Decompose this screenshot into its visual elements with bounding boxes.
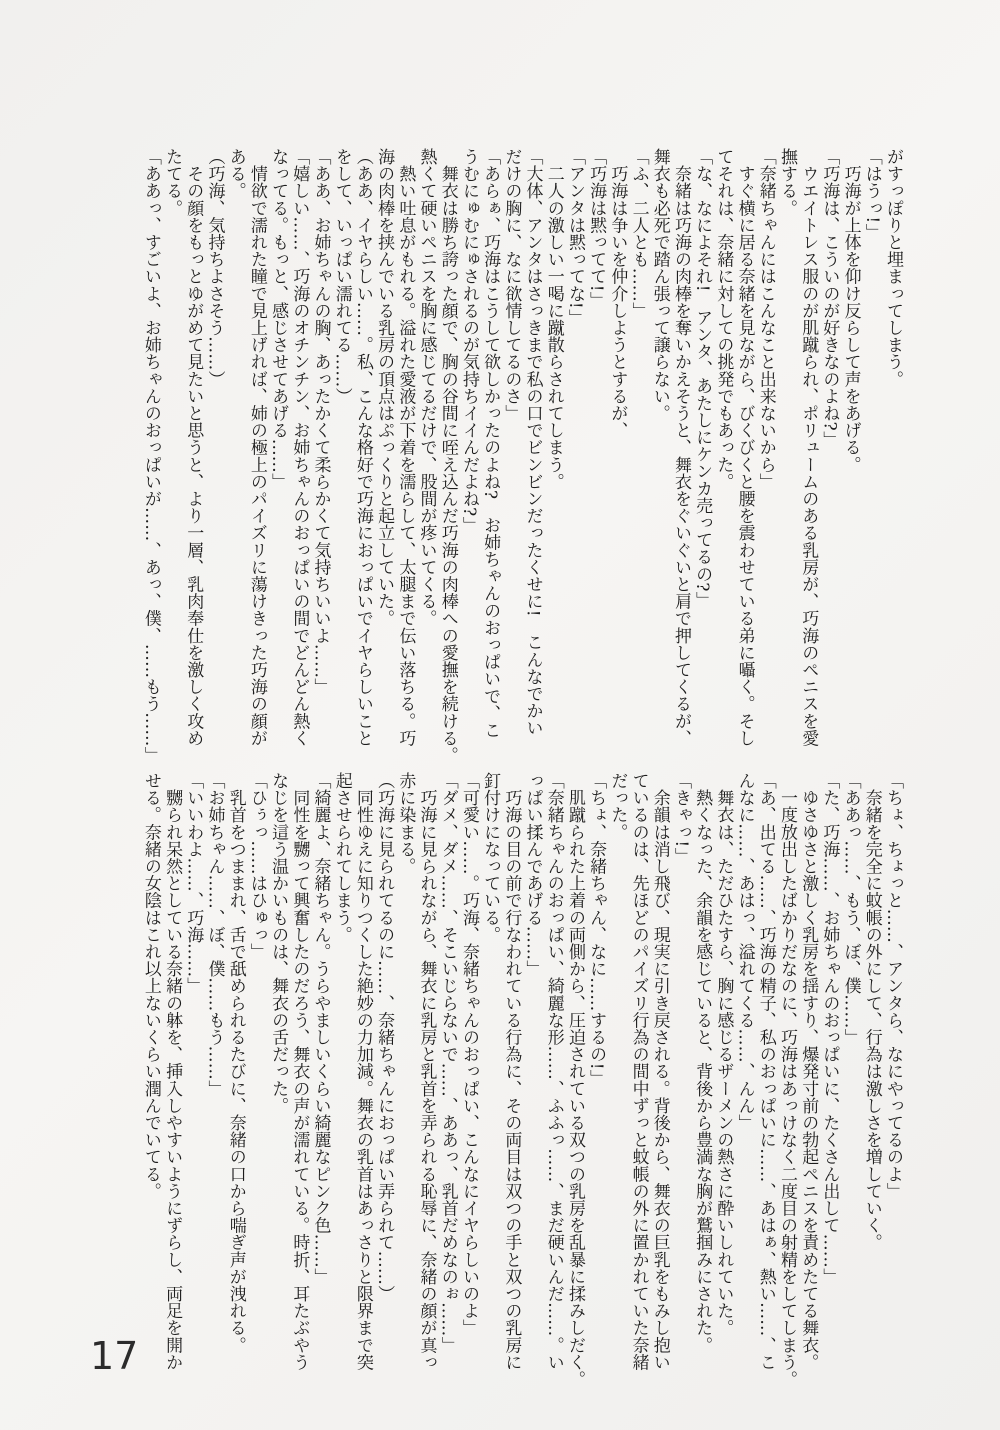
text-line: っぱい揉んであげる……」 [521,772,542,1372]
text-line: 舞衣は、ただひたすら、胸に感じるザーメンの熱さに酔いしれていた。 [712,772,733,1372]
text-line: ているのは、先ほどのパイズリ行為の間中ずっと蚊帳の外に置かれていた奈緒 [627,772,648,1372]
text-line: すぐ横に居る奈緒を見ながら、びくびくと腰を震わせている弟に囁く。そし [733,148,754,748]
text-line: たてる。 [161,148,182,748]
text-line: 「ああ、お姉ちゃんの胸、あったかくて柔らかくて気持ちいいよ……」 [309,148,330,748]
text-line: 熱くなった、余韻を感じていると、背後から豊満な胸が鷲掴みにされた。 [691,772,712,1372]
text-line: てそれは、奈緒に対しての挑発でもあった。 [712,148,733,748]
text-line: 「ああっ、すごいよ、お姉ちゃんのおっぱいが……、あっ、僕、……もう……」 [140,148,161,748]
text-line: 巧海に見られながら、舞衣に乳房と乳首を弄られる恥辱に、奈緒の顔が真っ [415,772,436,1372]
text-line: 奈緒を完全に蚊帳の外にして、行為は激しさを増していく。 [861,772,882,1372]
scanned-novel-page: がすっぽりと埋まってしまう。「はうっ!」 巧海が上体を仰け反らして声をあげる。「… [0,0,1000,1430]
text-line: 「ダメ、ダメ……、そこいじらないで……、ああっ、乳首だめなのぉ……」 [437,772,458,1372]
text-line: 熱い吐息がもれる。溢れた愛液が下着を濡らして、太腿まで伝い落ちる。巧 [394,148,415,748]
text-line: 乳首をつままれ、舌で舐められるたびに、奈緒の口から喘ぎ声が洩れる。 [225,772,246,1372]
text-line: 奈緒は巧海の肉棒を奪いかえそうと、舞衣をぐいぐいと肩で押してくるが、 [670,148,691,748]
text-line: うむにゅむにゅされるのが気持ちイイんだよね?」 [458,148,479,748]
text-line: 「奈緒ちゃんのおっぱい、綺麗な形……、ふふっ……、まだ硬いんだ……。い [543,772,564,1372]
page-number: 17 [90,1334,138,1378]
text-line: 巧海の目の前で行なわれている行為に、その両目は双つの手と双つの乳房に [500,772,521,1372]
text-line: 「ふ、二人とも……」 [627,148,648,748]
text-line: 「嬉しい……、巧海のオチンチン、お姉ちゃんのおっぱいの間でどんどん熱く [288,148,309,748]
text-line: 「お姉ちゃん……、ぼ、僕……もう……」 [203,772,224,1372]
text-line: 「はうっ!」 [861,148,882,748]
text-line: 舞衣は勝ち誇った顔で、胸の谷間に咥え込んだ巧海の肉棒への愛撫を続ける。 [437,148,458,748]
text-line: 「な、なによそれ! アンタ、あたしにケンカ売ってるの?」 [691,148,712,748]
text-line: 情欲で濡れた瞳で見上げれば、姉の極上のパイズリに蕩けきった巧海の顔が [246,148,267,748]
text-line: 「綺麗よ、奈緒ちゃん。うらやましいくらい綺麗なピンク色……」 [309,772,330,1372]
text-line: 余韻は消し飛び、現実に引き戻される。背後から、舞衣の巨乳をもみし抱い [649,772,670,1372]
text-line: 「巧海は黙ってて!」 [585,148,606,748]
text-line: 「た、巧海……、お姉ちゃんのおっぱいに、たくさん出して……」 [818,772,839,1372]
text-line: ある。 [225,148,246,748]
text-line: 「いいわよ……、巧海……」 [182,772,203,1372]
text-line: なじを這う温かいものは、舞衣の舌だった。 [267,772,288,1372]
text-line: がすっぽりと埋まってしまう。 [882,148,903,748]
text-line: 「きゃっ!」 [670,772,691,1372]
text-block-bottom: 「ちょ、ちょっと……、アンタら、なにやってるのよ」 奈緒を完全に蚊帳の外にして、… [140,772,903,1372]
text-line: 「あらぁ、巧海はこうして欲しかったのよね? お姉ちゃんのおっぱいで、こ [479,148,500,748]
text-line: 嬲られ呆然としている奈緒の躰を、挿入しやすいようにずらし、両足を開か [161,772,182,1372]
text-line: 起させられてしまう。 [331,772,352,1372]
text-line: 巧海は争いを仲介しようとするが、 [606,148,627,748]
text-line: 舞衣も必死で踏ん張って譲らない。 [649,148,670,748]
text-line: 巧海が上体を仰け反らして声をあげる。 [839,148,860,748]
text-line: 撫する。 [776,148,797,748]
text-line: 「可愛い……。巧海、奈緒ちゃんのおっぱい、こんなにイヤらしいのよ」 [458,772,479,1372]
text-line: だけの胸に、なに欲情してるのさ」 [500,148,521,748]
text-line: 釘付けになっている。 [479,772,500,1372]
text-line: （巧海、気持ちよさそう……） [203,148,224,748]
text-line: 「大体、アンタはさっきまで私の口でビンビンだったくせに! こんなでかい [521,148,542,748]
text-line: なってる。もっと、感じさせてあげる……」 [267,148,288,748]
text-block-top: がすっぽりと埋まってしまう。「はうっ!」 巧海が上体を仰け反らして声をあげる。「… [140,148,903,748]
text-line: せる。奈緒の女陰はこれ以上ないくらい潤んでいてる。 [140,772,161,1372]
text-line: 海の肉棒を挟んでいる乳房の頂点はぷっくりと起立していた。 [373,148,394,748]
text-line: 二人の激しい一喝に蹴散らされてしまう。 [543,148,564,748]
text-line: 同性を嬲って興奮したのだろう、舞衣の声が濡れている。時折、耳たぶやう [288,772,309,1372]
text-line: だった。 [606,772,627,1372]
text-line: 「巧海は、こういのが好きなのよね?」 [818,148,839,748]
text-line: ゆさゆさと激しく乳房を揺すり、爆発寸前の勃起ペニスを責めたてる舞衣。 [797,772,818,1372]
text-line: をして、いっぱい濡れてる……） [331,148,352,748]
text-line: （巧海に見られてるのに……、奈緒ちゃんにおっぱい弄られて……） [373,772,394,1372]
text-line: ウエイトレス服のが肌蹴られ、ポリュームのある乳房が、巧海のペニスを愛 [797,148,818,748]
text-line: んなに……、あはっ、溢れてくる……、んん」 [733,772,754,1372]
text-line: （ああ、イヤらしい……。私、こんな格好で巧海におっぱいでイヤらしいこと [352,148,373,748]
text-line: 「ああっ……、もう、ぼ、僕……」 [839,772,860,1372]
text-line: 「ちょ、ちょっと……、アンタら、なにやってるのよ」 [882,772,903,1372]
text-line: 熱くて硬いペニスを胸に感じてるだけで、股間が疼いてくる。 [415,148,436,748]
text-line: 「ひぅっ……はひゅっ」 [246,772,267,1372]
text-line: 一度放出したばかりだなのに、巧海はあっけなく二度目の射精をしてしまう。 [776,772,797,1372]
text-line: 同性ゆえに知りつくした絶妙の力加減。舞衣の乳首はあっさりと限界まで突 [352,772,373,1372]
text-line: 肌蹴られた上着の両側から、圧迫されている双つの乳房を乱暴に揉みしだく。 [564,772,585,1372]
text-line: 「アンタは黙ってな!」 [564,148,585,748]
text-line: 赤に染まる。 [394,772,415,1372]
text-line: その顔をもっとゆがめて見たいと思うと、より一層、乳肉奉仕を激しく攻め [182,148,203,748]
text-line: 「あ、出てる……、巧海の精子、私のおっぱいに……、あはぁ、熱い……、こ [755,772,776,1372]
text-line: 「奈緒ちゃんにはこんなこと出来ないから」 [755,148,776,748]
text-line: 「ちょ、奈緒ちゃん、なに……するの!」 [585,772,606,1372]
